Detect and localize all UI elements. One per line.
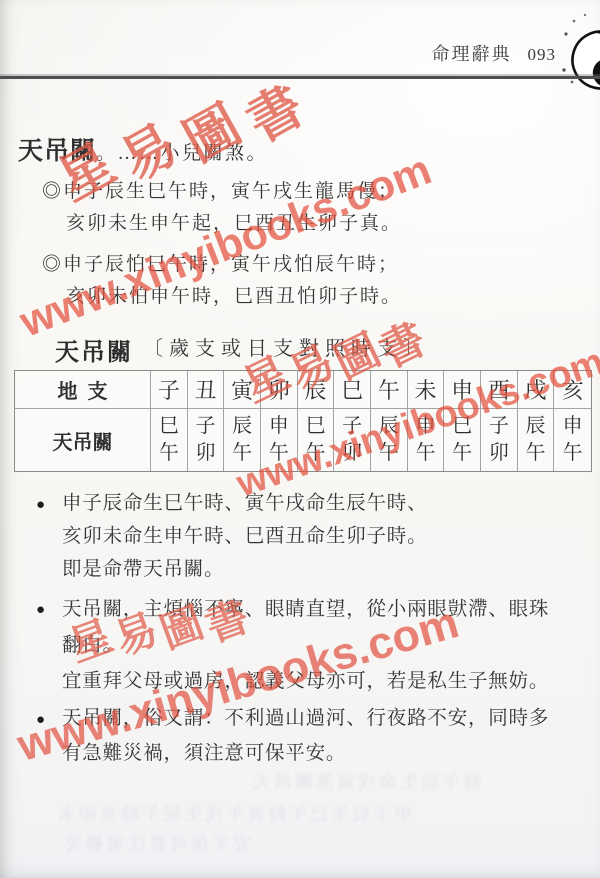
value-char: 辰: [379, 413, 399, 440]
value-char: 午: [379, 440, 399, 467]
yin-yang-icon: [558, 12, 600, 92]
value-char: 午: [269, 440, 289, 467]
value-cell: 申午: [554, 409, 591, 471]
branch-cell: 子: [151, 371, 188, 409]
table-note: 〔歲支或日支對照時支〕: [143, 332, 600, 361]
page-header: 命理辭典093: [0, 40, 556, 66]
verse2-line1: ◎申子辰怕巳午時，寅午戌怕辰午時；: [42, 249, 399, 276]
note-line: 有急難災禍，須注意可保平安。: [62, 736, 600, 771]
value-cell: 子卯: [334, 409, 371, 471]
note-line: 翻白。: [62, 627, 600, 663]
branch-cell: 巳: [334, 371, 371, 409]
table-term: 天吊關: [55, 340, 133, 366]
value-cell: 辰午: [371, 409, 408, 471]
branch-cell: 寅: [224, 371, 261, 409]
note-item: ●天吊關，俗又謂：不利過山過河、行夜路不安，同時多有急難災禍，須注意可保平安。: [62, 701, 600, 771]
branch-cell: 未: [408, 371, 445, 409]
speckle-dot: [564, 32, 567, 35]
note-line: 亥卯未命生申午時、巳酉丑命生卯子時。: [62, 520, 600, 553]
reference-table: 地支子丑寅卯辰巳午未申酉戌亥天吊關巳午子卯辰午申午巳午子卯辰午申午巳午子卯辰午申…: [14, 370, 592, 472]
book-page: 命理辭典093 天吊關。……小兒關煞。 ◎申子辰生巳午時，寅午戌生龍馬僈； 亥卯…: [0, 0, 600, 878]
branch-cell: 亥: [554, 371, 591, 409]
note-line: 申子辰命生巳午時、寅午戌命生辰午時、: [62, 487, 600, 520]
header-divider-rule: [0, 76, 600, 79]
value-char: 午: [563, 440, 583, 467]
branch-cell: 辰: [298, 371, 335, 409]
value-cell: 申午: [261, 409, 298, 471]
value-char: 巳: [159, 413, 179, 440]
branch-cell: 戌: [518, 371, 555, 409]
branch-cell: 午: [371, 371, 408, 409]
value-char: 辰: [232, 413, 252, 440]
value-char: 午: [415, 440, 435, 467]
value-char: 申: [415, 413, 435, 440]
table-heading: 天吊關〔歲支或日支對照時支〕: [55, 332, 133, 367]
value-char: 子: [195, 413, 215, 440]
bullet-icon: ●: [36, 488, 46, 521]
book-title: 命理辭典: [432, 44, 512, 64]
value-char: 午: [232, 440, 252, 467]
value-char: 卯: [342, 440, 362, 467]
bullet-icon: ●: [36, 702, 46, 737]
show-through-text: 時午辰生命戌寅煞關吊天: [250, 768, 481, 794]
value-char: 午: [305, 440, 325, 467]
value-char: 申: [269, 413, 289, 440]
row-label-term: 天吊關: [15, 409, 151, 471]
note-line: 宜重拜父母或過房，認義父母亦可，若是私生子無妨。: [62, 663, 600, 699]
page-number: 093: [528, 45, 557, 64]
value-char: 午: [159, 440, 179, 467]
note-item: ●天吊關，主煩惱不寧、眼睛直望，從小兩眼獃滯、眼珠翻白。宜重拜父母或過房，認義父…: [62, 591, 600, 699]
value-cell: 申午: [408, 409, 445, 471]
value-cell: 辰午: [224, 409, 261, 471]
value-char: 辰: [525, 413, 545, 440]
value-char: 午: [525, 440, 545, 467]
verse1-line2: 亥卯未生申午起，巳酉丑生卯子真。: [66, 208, 402, 235]
verse2-line2: 亥卯未怕申午時，巳酉丑怕卯子時。: [66, 281, 402, 308]
row-label-branches: 地支: [15, 371, 151, 409]
note-item: ●申子辰命生巳午時、寅午戌命生辰午時、亥卯未命生申午時、巳酉丑命生卯子時。即是命…: [62, 487, 600, 586]
value-char: 巳: [305, 413, 325, 440]
note-line: 即是命帶天吊關。: [62, 553, 600, 586]
entry-term: 天吊關: [18, 138, 96, 165]
note-line: 天吊關，俗又謂：不利過山過河、行夜路不安，同時多: [62, 701, 600, 736]
show-through-text: 申子辰生巳午時寅午戌生辰午時亥卯未: [55, 800, 412, 826]
branch-cell: 卯: [261, 371, 298, 409]
entry-title: 天吊關。……小兒關煞。: [18, 131, 268, 167]
branch-cell: 丑: [188, 371, 225, 409]
value-char: 卯: [195, 440, 215, 467]
value-char: 申: [563, 413, 583, 440]
show-through-text: 安平保可意注須禍災: [62, 830, 251, 856]
branch-cell: 酉: [481, 371, 518, 409]
value-cell: 巳午: [151, 409, 188, 471]
value-cell: 巳午: [444, 409, 481, 471]
value-char: 子: [342, 413, 362, 440]
value-cell: 子卯: [481, 409, 518, 471]
value-char: 子: [489, 413, 509, 440]
bullet-icon: ●: [36, 592, 46, 628]
note-line: 天吊關，主煩惱不寧、眼睛直望，從小兩眼獃滯、眼珠: [62, 591, 600, 627]
value-char: 卯: [489, 440, 509, 467]
branch-cell: 申: [444, 371, 481, 409]
value-cell: 巳午: [298, 409, 335, 471]
value-cell: 子卯: [188, 409, 225, 471]
verse1-line1: ◎申子辰生巳午時，寅午戌生龍馬僈；: [42, 176, 399, 203]
entry-annotation: 。……小兒關煞。: [96, 143, 268, 164]
value-char: 午: [452, 440, 472, 467]
value-char: 巳: [452, 413, 472, 440]
value-cell: 辰午: [518, 409, 555, 471]
